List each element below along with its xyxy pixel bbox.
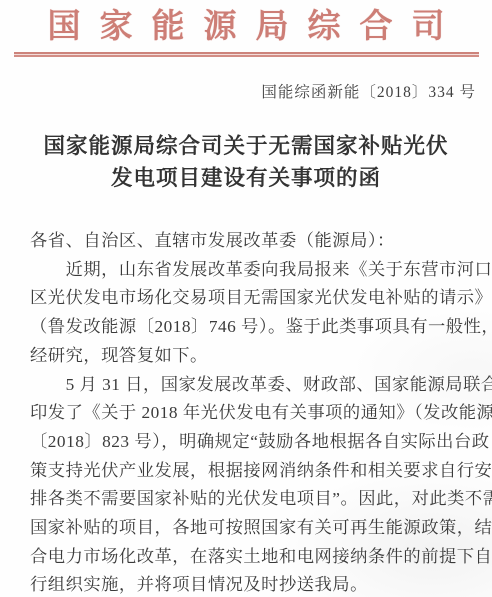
document-title: 国家能源局综合司关于无需国家补贴光伏 发电项目建设有关事项的函 [0, 130, 492, 194]
body-line: 国家补贴的项目，各地可按照国家有关可再生能源政策，结 [30, 514, 464, 543]
body-line: 合电力市场化改革，在落实土地和电网接纳条件的前提下自 [30, 543, 464, 572]
body-line: 排各类不需要国家补贴的光伏发电项目”。因此，对此类不需 [30, 485, 464, 514]
body-line: 5 月 31 日，国家发展改革委、财政部、国家能源局联合 [30, 371, 464, 400]
document-title-line1: 国家能源局综合司关于无需国家补贴光伏 [0, 130, 492, 162]
header-divider [14, 52, 479, 57]
document-number: 国能综函新能〔2018〕334 号 [0, 80, 492, 102]
document-title-line2: 发电项目建设有关事项的函 [0, 162, 492, 194]
body-line: 〔2018〕823 号），明确规定“鼓励各地根据各自实际出台政 [30, 428, 464, 457]
body-line: 经研究，现答复如下。 [30, 342, 464, 371]
body-line: 区光伏发电市场化交易项目无需国家光伏发电补贴的请示》 [30, 284, 464, 313]
document-page: 国家能源局综合司 国能综函新能〔2018〕334 号 国家能源局综合司关于无需国… [0, 0, 492, 597]
body-line: 行组织实施，并将项目情况及时抄送我局。 [30, 571, 464, 597]
body-line: 印发了《关于 2018 年光伏发电有关事项的通知》（发改能源 [30, 399, 464, 428]
body-line: 近期，山东省发展改革委向我局报来《关于东营市河口 [30, 256, 464, 285]
salutation-line: 各省、自治区、直辖市发展改革委（能源局）： [30, 227, 464, 256]
body-paragraphs: 近期，山东省发展改革委向我局报来《关于东营市河口区光伏发电市场化交易项目无需国家… [30, 256, 464, 597]
agency-header: 国家能源局综合司 [0, 0, 492, 46]
document-body: 各省、自治区、直辖市发展改革委（能源局）： 近期，山东省发展改革委向我局报来《关… [30, 227, 464, 597]
body-line: （鲁发改能源〔2018〕746 号）。鉴于此类事项具有一般性， [30, 313, 464, 342]
body-line: 策支持光伏产业发展，根据接网消纳条件和相关要求自行安 [30, 457, 464, 486]
